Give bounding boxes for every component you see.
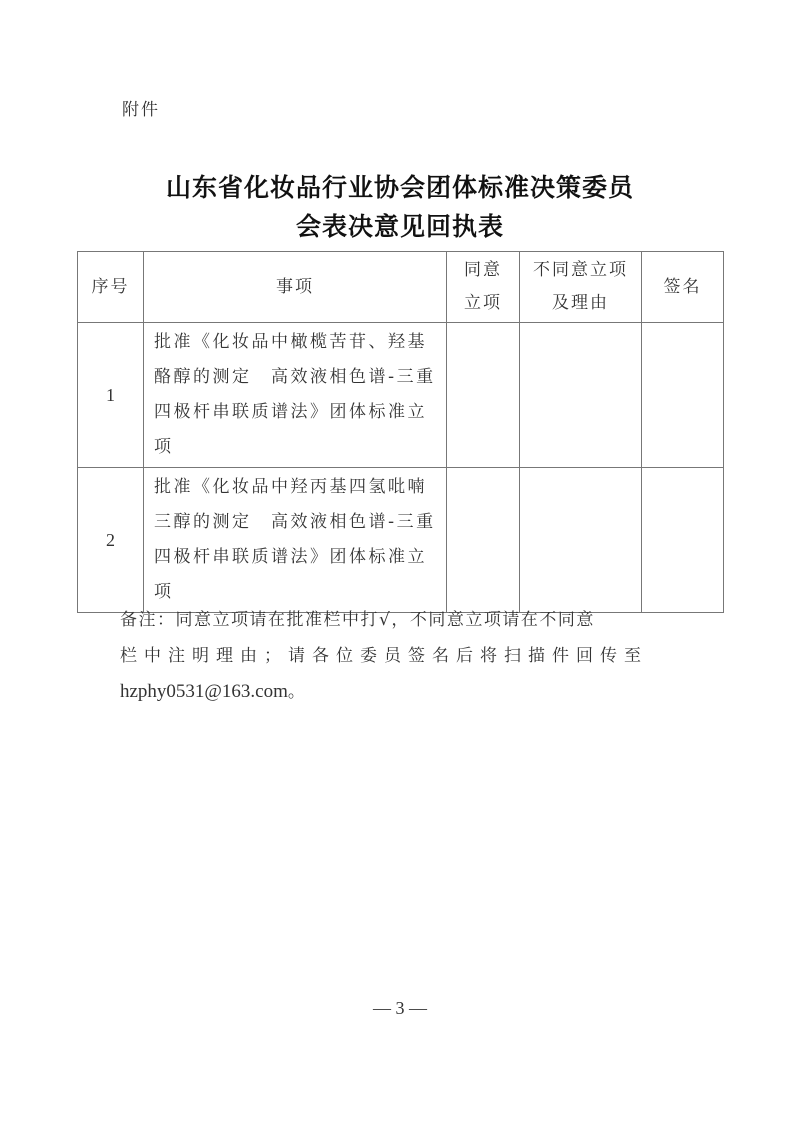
header-seq: 序号 [78, 252, 144, 323]
table-row: 2 批准《化妆品中羟丙基四氢吡喃三醇的测定 高效液相色谱-三重四极杆串联质谱法》… [78, 468, 724, 613]
remarks-line1: 备注：同意立项请在批准栏中打√，不同意立项请在不同意 [120, 602, 695, 638]
document-title-line2: 会表决意见回执表 [0, 207, 800, 243]
vote-form-table: 序号 事项 同意 立项 不同意立项 及理由 签名 1 批准《化妆品中橄榄苦苷、羟… [77, 251, 724, 613]
header-item: 事项 [144, 252, 447, 323]
remarks-line2: 栏中注明理由；请各位委员签名后将扫描件回传至 [120, 638, 695, 674]
email-link[interactable]: hzphy0531@163.com [120, 681, 288, 702]
row-signature-cell[interactable] [642, 323, 724, 468]
row-item: 批准《化妆品中羟丙基四氢吡喃三醇的测定 高效液相色谱-三重四极杆串联质谱法》团体… [144, 468, 447, 613]
row-seq: 2 [78, 468, 144, 613]
document-title-line1: 山东省化妆品行业协会团体标准决策委员 [0, 168, 800, 204]
row-disagree-cell[interactable] [520, 468, 642, 613]
row-seq: 1 [78, 323, 144, 468]
row-agree-cell[interactable] [447, 323, 520, 468]
row-agree-cell[interactable] [447, 468, 520, 613]
header-agree: 同意 立项 [447, 252, 520, 323]
remarks: 备注：同意立项请在批准栏中打√，不同意立项请在不同意 栏中注明理由；请各位委员签… [120, 602, 695, 710]
remarks-line3: hzphy0531@163.com。 [120, 674, 695, 710]
row-signature-cell[interactable] [642, 468, 724, 613]
table-header-row: 序号 事项 同意 立项 不同意立项 及理由 签名 [78, 252, 724, 323]
row-item: 批准《化妆品中橄榄苦苷、羟基酪醇的测定 高效液相色谱-三重四极杆串联质谱法》团体… [144, 323, 447, 468]
attachment-label: 附件 [122, 95, 160, 120]
header-disagree: 不同意立项 及理由 [520, 252, 642, 323]
page-number: — 3 — [0, 998, 800, 1019]
header-signature: 签名 [642, 252, 724, 323]
row-disagree-cell[interactable] [520, 323, 642, 468]
table-row: 1 批准《化妆品中橄榄苦苷、羟基酪醇的测定 高效液相色谱-三重四极杆串联质谱法》… [78, 323, 724, 468]
